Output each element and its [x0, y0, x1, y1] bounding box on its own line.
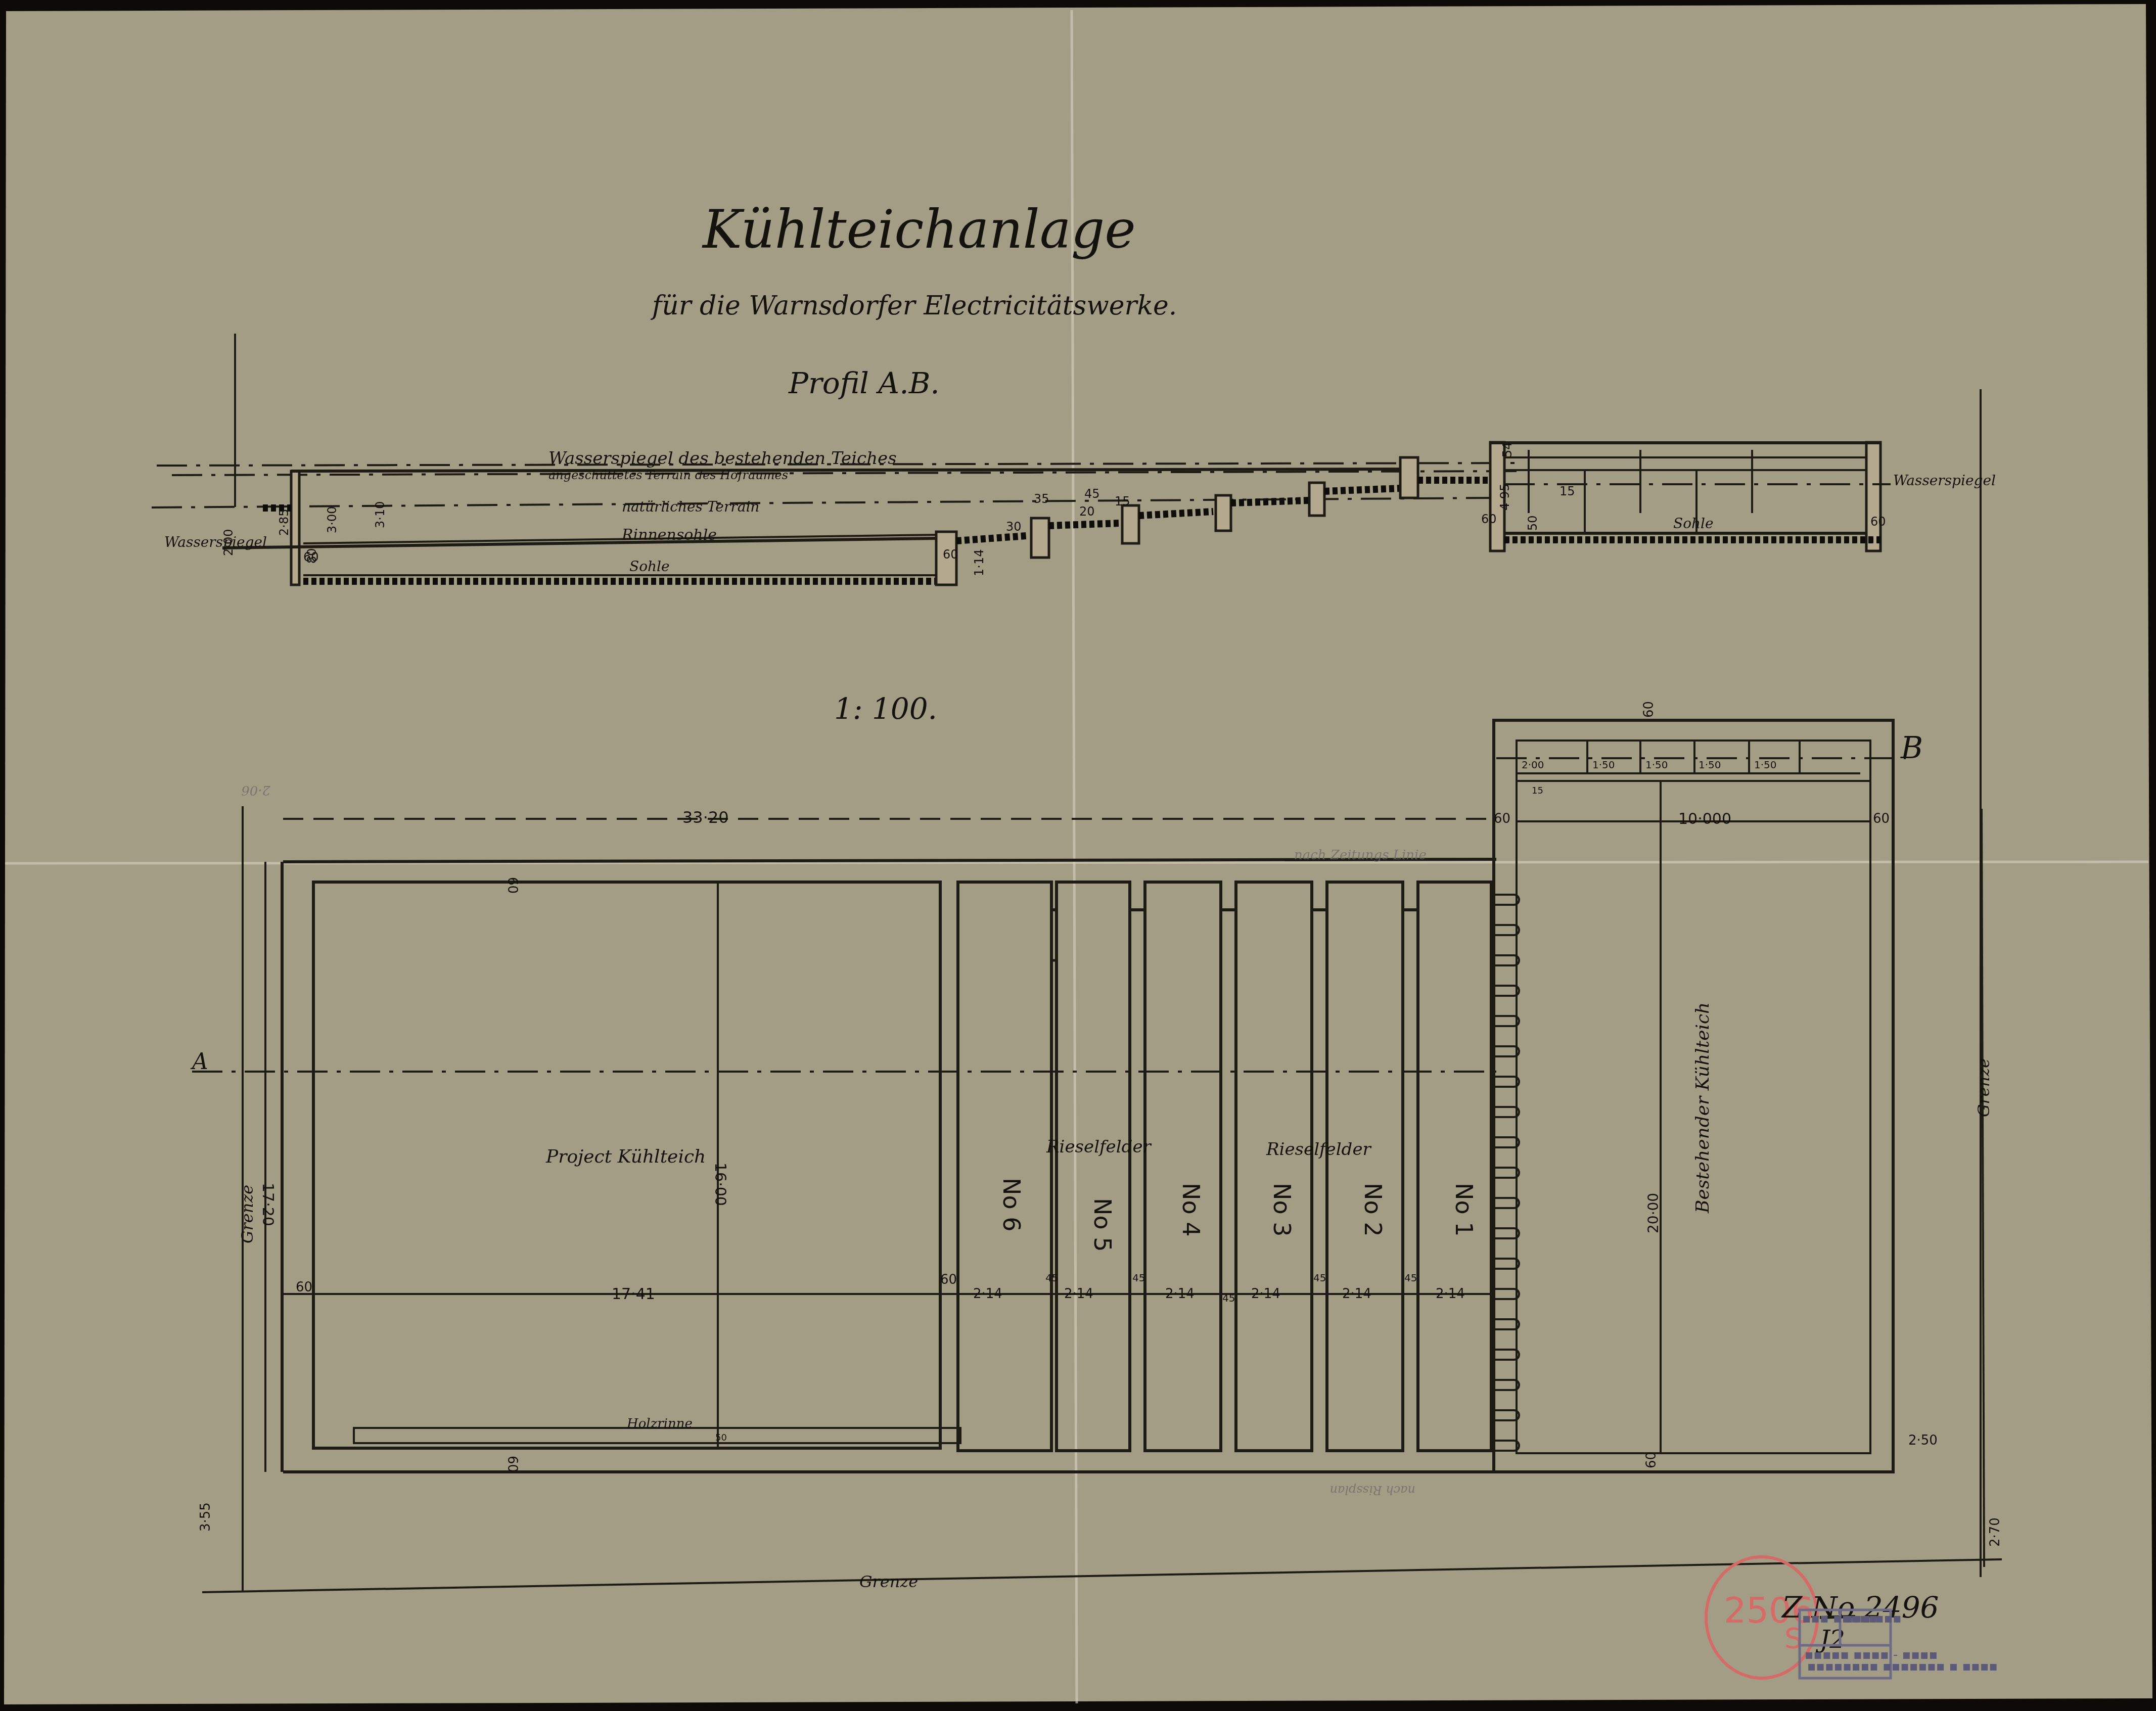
- svg-text:60: 60: [943, 547, 958, 562]
- label-trickle-fields-2: Rieselfelder: [1266, 1139, 1372, 1160]
- svg-text:60: 60: [1873, 811, 1890, 826]
- svg-text:2·14: 2·14: [1064, 1286, 1093, 1302]
- svg-text:2·14: 2·14: [973, 1286, 1002, 1302]
- svg-text:3·55: 3·55: [198, 1502, 213, 1532]
- svg-text:16·00: 16·00: [711, 1163, 729, 1206]
- svg-text:1·50: 1·50: [1645, 759, 1668, 771]
- drawing-title: Kühlteichanlage: [702, 199, 1136, 260]
- field-label-3: No 3: [1268, 1183, 1296, 1236]
- svg-text:17·20: 17·20: [259, 1183, 277, 1226]
- svg-text:15: 15: [1559, 484, 1575, 498]
- field-label-4: No 4: [1177, 1183, 1205, 1236]
- svg-text:60: 60: [504, 1456, 520, 1472]
- drawing-subtitle: für die Warnsdorfer Electricitätswerke.: [650, 291, 1177, 321]
- label-water-level-left: Wasserspiegel: [164, 534, 267, 550]
- label-border-right: Grenze: [1974, 1058, 1993, 1117]
- svg-text:2·14: 2·14: [1251, 1286, 1280, 1302]
- field-label-2: No 2: [1359, 1183, 1387, 1236]
- svg-text:2·00: 2·00: [221, 529, 236, 556]
- svg-text:60: 60: [1481, 512, 1497, 526]
- svg-text:10·000: 10·000: [1678, 810, 1731, 828]
- svg-text:3·00: 3·00: [325, 506, 339, 533]
- label-bottom-right: Sohle: [1673, 515, 1714, 532]
- section-marker-b: B: [1900, 730, 1923, 766]
- svg-text:60: 60: [1870, 515, 1886, 529]
- label-water-level-right: Wasserspiegel: [1893, 472, 1996, 489]
- svg-text:80: 80: [305, 548, 319, 564]
- svg-text:54: 54: [1500, 442, 1515, 457]
- pencil-note-bottom: nach Rissplan: [1330, 1483, 1415, 1497]
- blue-stamp-line-2: ▪▪▪ ▪▪▪: [1844, 1611, 1902, 1626]
- svg-text:3·10: 3·10: [373, 501, 387, 528]
- svg-text:1·50: 1·50: [1699, 759, 1721, 771]
- svg-text:60: 60: [940, 1272, 957, 1287]
- label-water-level-existing: Wasserspiegel des bestehenden Teiches: [548, 448, 897, 469]
- svg-text:17·41: 17·41: [612, 1285, 655, 1303]
- pencil-note-top: nach Zeitungs Linie: [1294, 848, 1427, 863]
- profile-top-edge: [291, 469, 1415, 471]
- pencil-206: 2·06: [241, 782, 271, 798]
- svg-text:60: 60: [296, 1280, 312, 1295]
- svg-text:45: 45: [1313, 1272, 1326, 1284]
- label-channel-bottom: Rinnensohle: [621, 526, 717, 544]
- label-wood-channel: Holzrinne: [626, 1416, 693, 1431]
- profile-left-wall: [291, 471, 299, 585]
- svg-text:35: 35: [1034, 492, 1049, 506]
- svg-text:20·00: 20·00: [1645, 1193, 1662, 1233]
- svg-text:45: 45: [1045, 1272, 1058, 1284]
- label-project-pond: Project Kühlteich: [545, 1146, 706, 1167]
- svg-text:60: 60: [504, 877, 520, 894]
- label-border-left: Grenze: [238, 1185, 257, 1243]
- svg-text:15: 15: [1532, 785, 1543, 796]
- svg-text:45: 45: [1222, 1292, 1235, 1304]
- label-trickle-fields-1: Rieselfelder: [1046, 1137, 1152, 1157]
- svg-text:2·50: 2·50: [1908, 1433, 1938, 1448]
- profile-title: Profil A.B.: [788, 366, 940, 400]
- svg-text:45: 45: [1404, 1272, 1417, 1284]
- svg-text:2·14: 2·14: [1165, 1286, 1195, 1302]
- svg-text:60: 60: [1641, 701, 1657, 718]
- label-natural-terrain: natürliches Terrain: [622, 498, 759, 515]
- label-border-bottom: Grenze: [859, 1572, 918, 1591]
- label-existing-pond: Bestehender Kühlteich: [1692, 1002, 1713, 1214]
- field-label-6: No 6: [998, 1178, 1025, 1231]
- svg-text:33·20: 33·20: [682, 808, 729, 827]
- label-bottom-left: Sohle: [629, 558, 670, 575]
- svg-text:2·14: 2·14: [1436, 1286, 1465, 1302]
- svg-text:60: 60: [1644, 1452, 1659, 1468]
- svg-text:1·50: 1·50: [1592, 759, 1615, 771]
- svg-text:2·00: 2·00: [1522, 759, 1544, 771]
- svg-text:45: 45: [1132, 1272, 1145, 1284]
- svg-text:1·50: 1·50: [1754, 759, 1777, 771]
- svg-text:30: 30: [1006, 520, 1022, 534]
- svg-text:50: 50: [715, 1432, 727, 1443]
- svg-text:50: 50: [1526, 515, 1540, 531]
- svg-text:60: 60: [1494, 811, 1510, 826]
- label-filled-terrain: angeschüttetes Terrain des Hofraumes: [548, 468, 788, 482]
- blueprint-sheet: Kühlteichanlage für die Warnsdorfer Elec…: [0, 0, 2156, 1711]
- svg-text:15: 15: [1115, 494, 1130, 508]
- blue-stamp-line-4: ▪▪▪▪▪▪▪▪ ▪▪▪▪▪▪▪ ▪ ▪▪▪▪: [1807, 1659, 1998, 1674]
- svg-text:2·70: 2·70: [1988, 1517, 2003, 1547]
- svg-text:2·85: 2·85: [277, 509, 291, 536]
- field-label-1: No 1: [1450, 1183, 1478, 1236]
- svg-text:1·14: 1·14: [972, 549, 986, 576]
- svg-text:45: 45: [1084, 487, 1100, 501]
- scale-label: 1: 100.: [834, 691, 937, 726]
- svg-text:4·95: 4·95: [1498, 484, 1512, 511]
- svg-text:20: 20: [1079, 504, 1095, 519]
- section-marker-a: A: [190, 1049, 208, 1075]
- svg-text:2·14: 2·14: [1342, 1286, 1371, 1302]
- field-label-5: No 5: [1089, 1198, 1116, 1252]
